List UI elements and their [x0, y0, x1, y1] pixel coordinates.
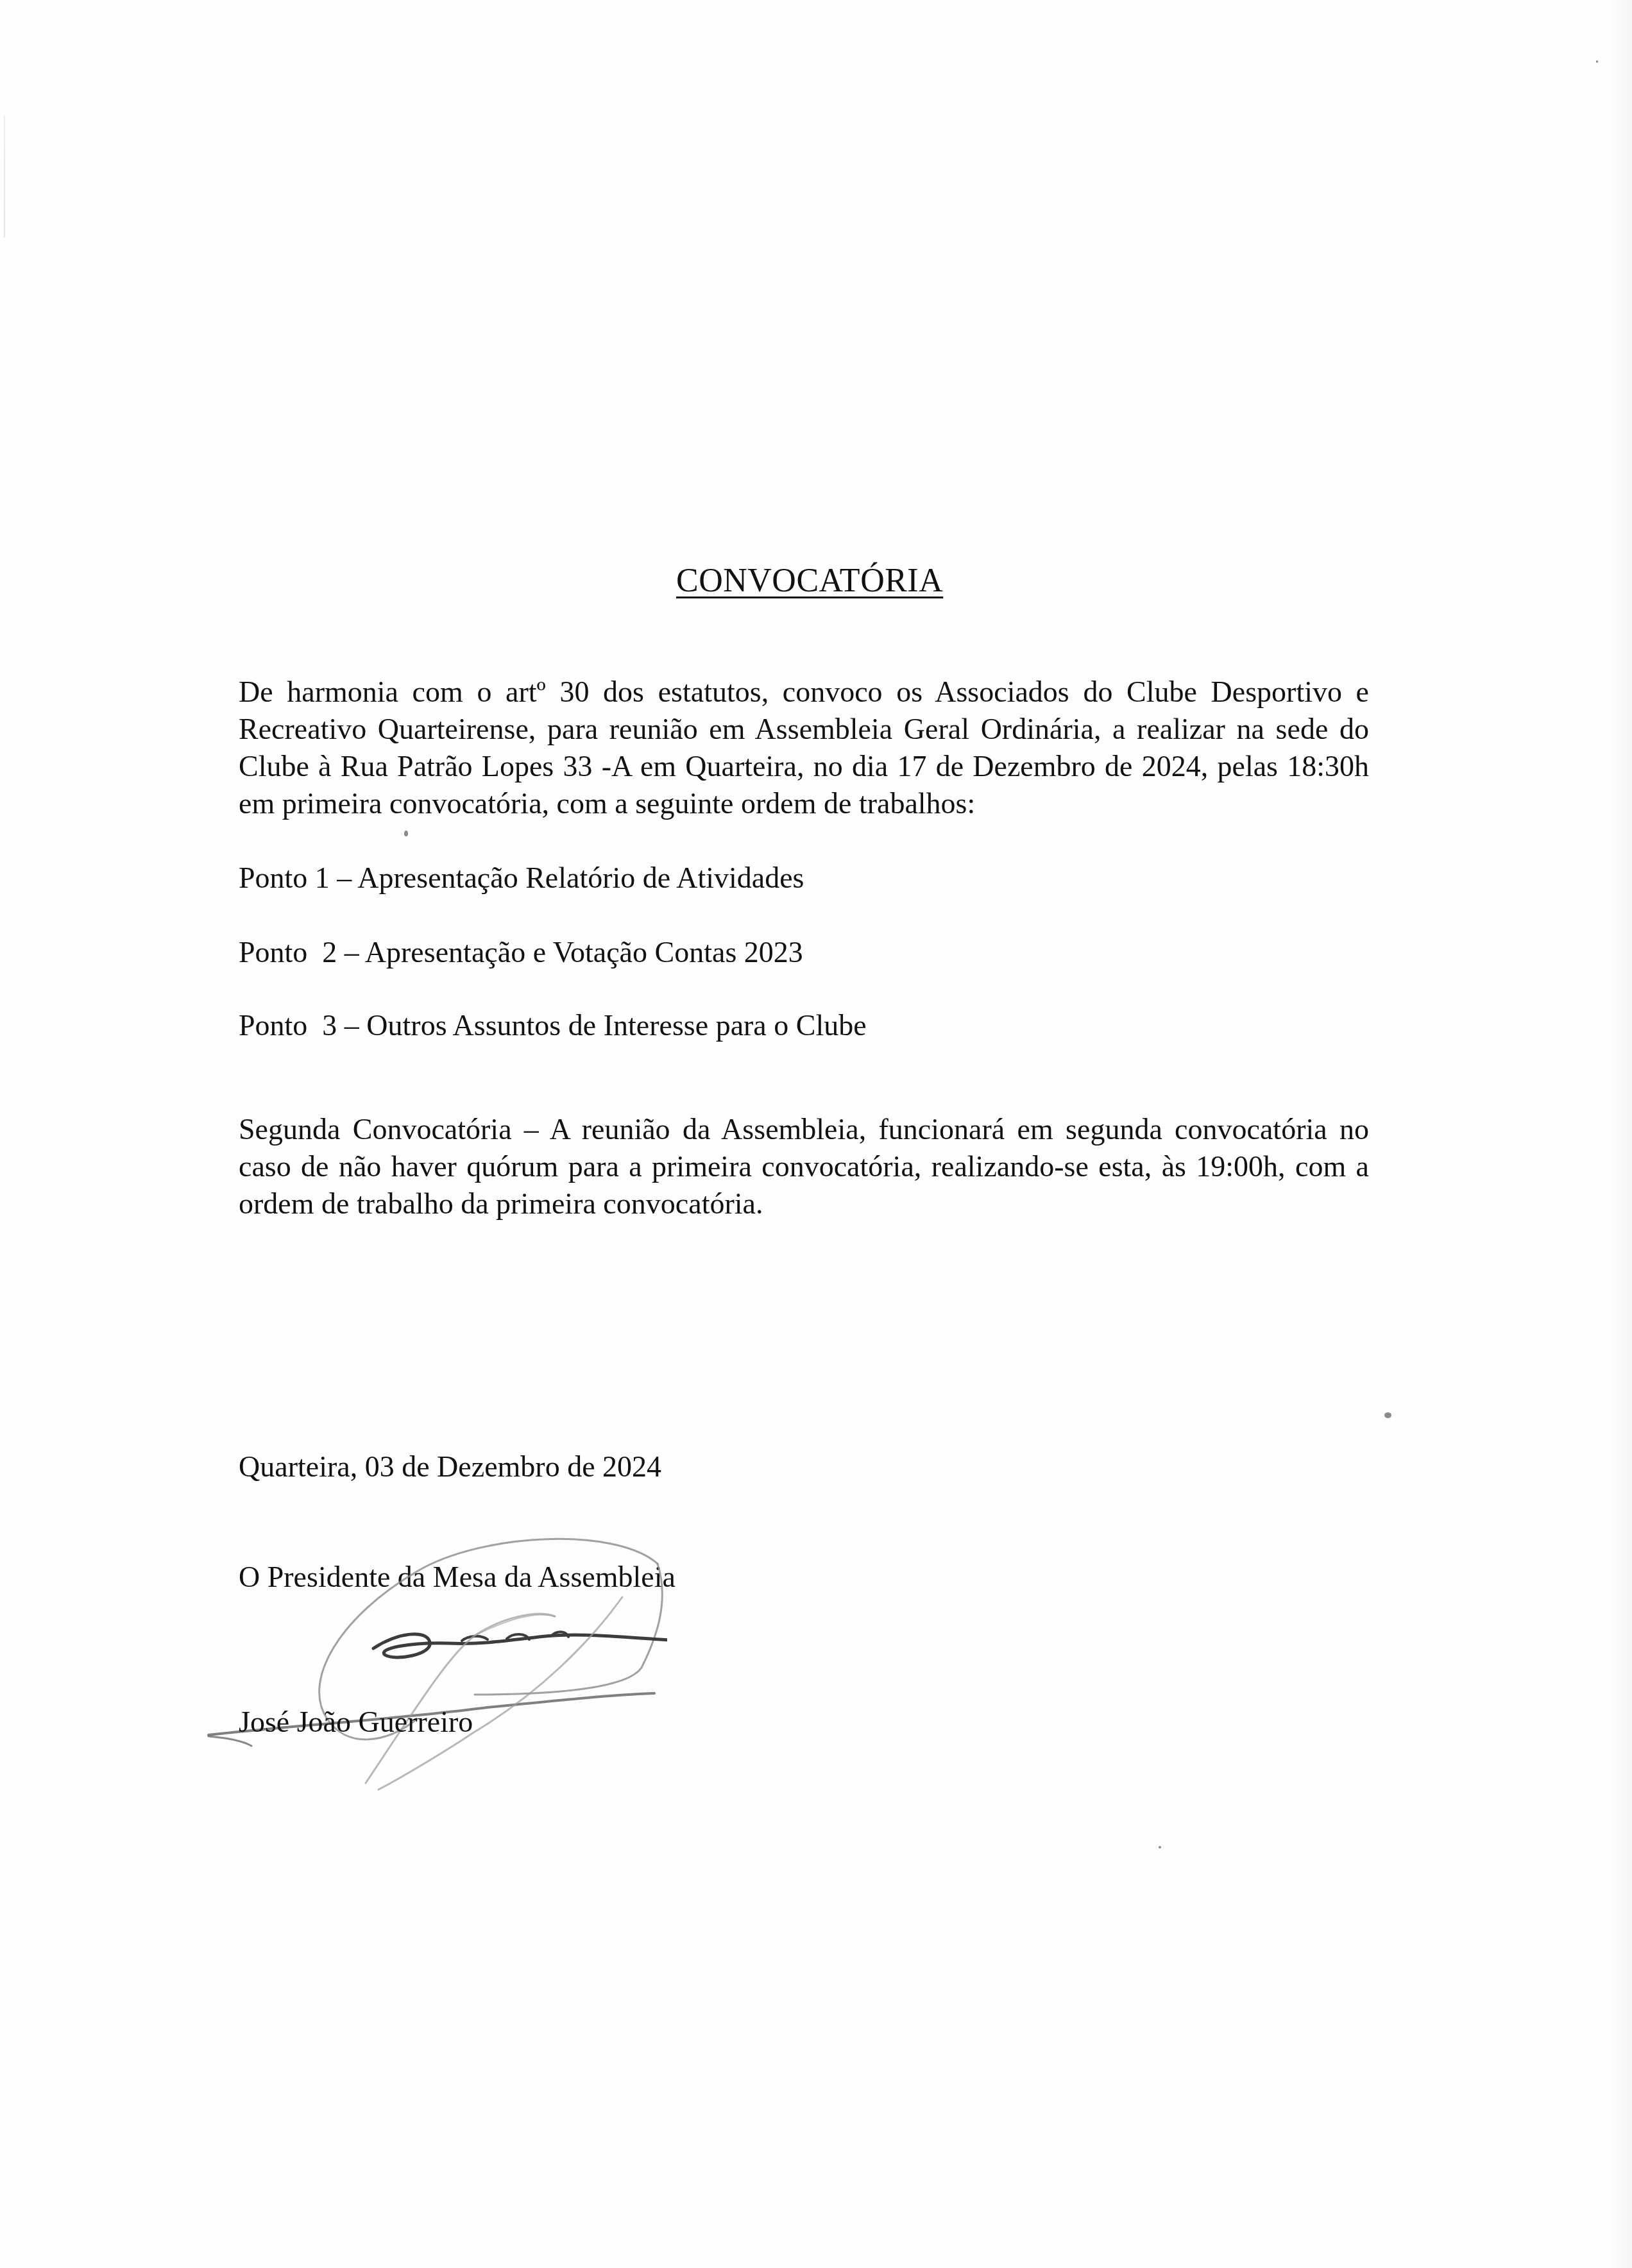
scan-speck — [1159, 1846, 1161, 1849]
agenda-item: Ponto 3 – Outros Assuntos de Interesse p… — [239, 1007, 867, 1044]
signatory-role: O Presidente da Mesa da Assembleia — [239, 1559, 676, 1596]
scanned-page: CONVOCATÓRIA De harmonia com o artº 30 d… — [0, 0, 1632, 2268]
document-title: CONVOCATÓRIA — [676, 562, 943, 600]
scan-speck — [404, 831, 408, 836]
agenda-item: Ponto 2 – Apresentação e Votação Contas … — [239, 934, 803, 971]
place-and-date: Quarteira, 03 de Dezembro de 2024 — [239, 1448, 661, 1485]
scan-artifact-right-edge — [1606, 0, 1632, 2268]
scan-artifact-left-edge — [4, 115, 5, 237]
scan-speck — [1384, 1412, 1391, 1418]
signatory-name: José João Guerreiro — [239, 1704, 473, 1741]
scan-speck — [1596, 60, 1598, 63]
second-call-paragraph: Segunda Convocatória – A reunião da Asse… — [239, 1111, 1369, 1223]
intro-paragraph: De harmonia com o artº 30 dos estatutos,… — [239, 673, 1369, 822]
agenda-item: Ponto 1 – Apresentação Relatório de Ativ… — [239, 859, 804, 897]
